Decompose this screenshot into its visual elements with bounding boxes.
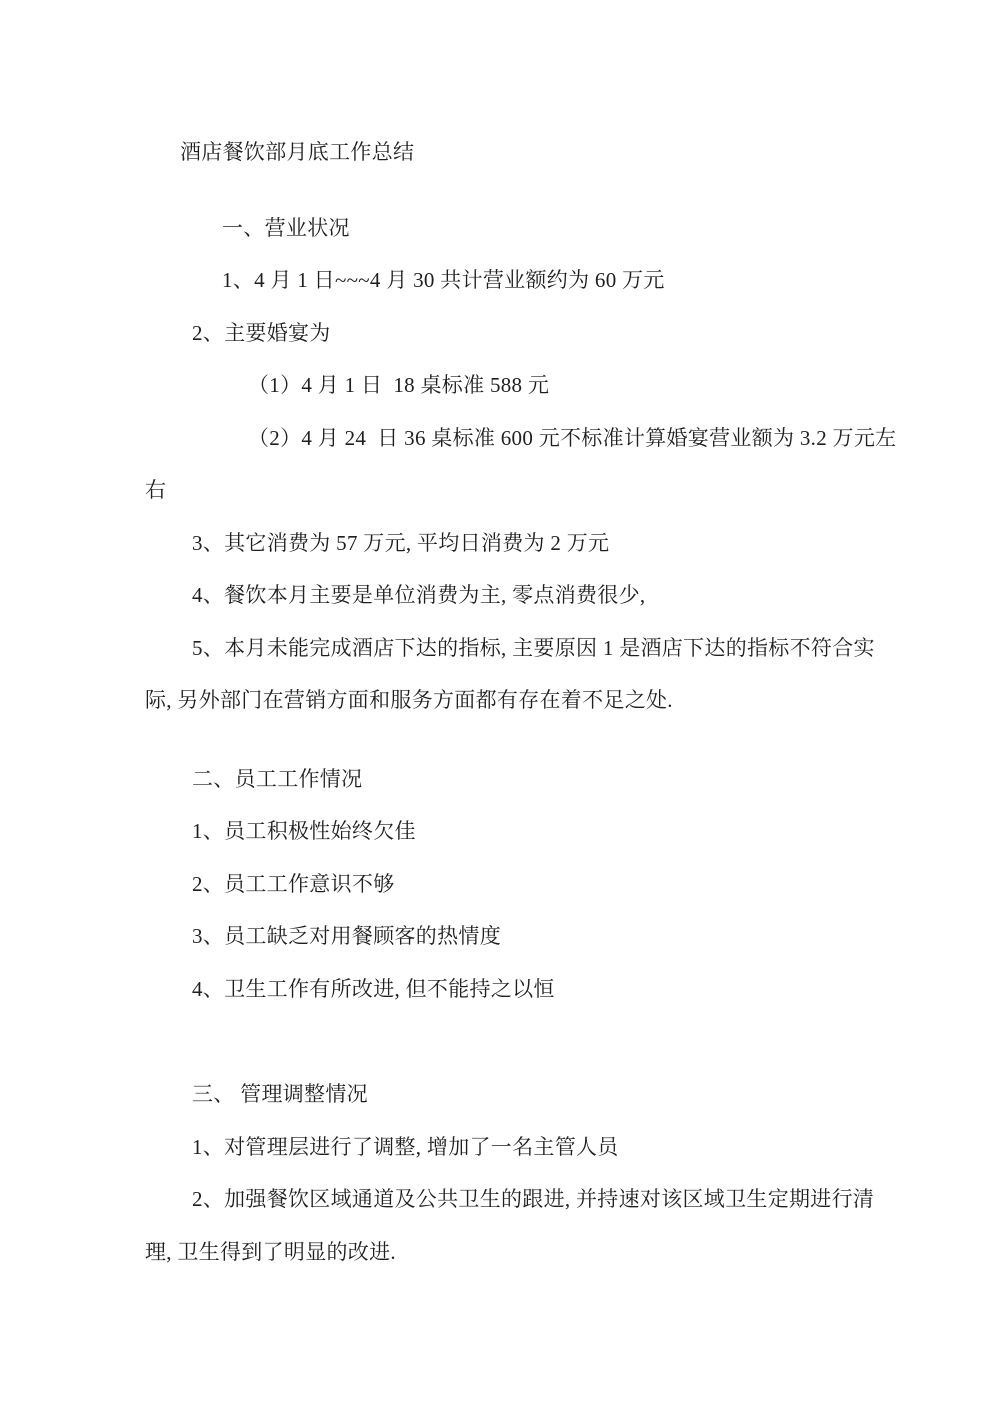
section-1-item-2-sub-2-line-1: （2）4 月 24 日 36 桌标准 600 元不标准计算婚宴营业额为 3.2 … bbox=[145, 412, 945, 465]
section-management-adjustment: 三、 管理调整情况 1、对管理层进行了调整, 增加了一名主管人员 2、加强餐饮区… bbox=[145, 1068, 945, 1278]
section-2-item-4: 4、卫生工作有所改进, 但不能持之以恒 bbox=[145, 963, 945, 1016]
document-title: 酒店餐饮部月底工作总结 bbox=[145, 126, 945, 179]
section-3-item-2-line-1: 2、加强餐饮区域通道及公共卫生的跟进, 并持速对该区域卫生定期进行清 bbox=[145, 1173, 945, 1226]
section-1-item-5-line-1: 5、本月未能完成酒店下达的指标, 主要原因 1 是酒店下达的指标不符合实 bbox=[145, 622, 945, 675]
section-2-heading: 二、员工工作情况 bbox=[145, 753, 945, 806]
section-2-item-1: 1、员工积极性始终欠佳 bbox=[145, 805, 945, 858]
section-1-item-1: 1、4 月 1 日~~~4 月 30 共计营业额约为 60 万元 bbox=[145, 254, 945, 307]
section-1-item-2-sub-2-line-2: 右 bbox=[145, 464, 945, 517]
section-staff-work: 二、员工工作情况 1、员工积极性始终欠佳 2、员工工作意识不够 3、员工缺乏对用… bbox=[145, 753, 945, 1016]
document-body: 酒店餐饮部月底工作总结 一、营业状况 1、4 月 1 日~~~4 月 30 共计… bbox=[0, 0, 1000, 1415]
section-1-heading: 一、营业状况 bbox=[145, 202, 945, 255]
section-3-heading: 三、 管理调整情况 bbox=[145, 1068, 945, 1121]
section-2-item-3: 3、员工缺乏对用餐顾客的热情度 bbox=[145, 910, 945, 963]
section-1-item-2-sub-1: （1）4 月 1 日 18 桌标准 588 元 bbox=[145, 359, 945, 412]
section-1-item-2: 2、主要婚宴为 bbox=[145, 307, 945, 360]
section-1-item-3: 3、其它消费为 57 万元, 平均日消费为 2 万元 bbox=[145, 517, 945, 570]
section-2-item-2: 2、员工工作意识不够 bbox=[145, 858, 945, 911]
section-3-item-1: 1、对管理层进行了调整, 增加了一名主管人员 bbox=[145, 1121, 945, 1174]
section-3-item-2-line-2: 理, 卫生得到了明显的改进. bbox=[145, 1226, 945, 1279]
section-1-item-4: 4、餐饮本月主要是单位消费为主, 零点消费很少, bbox=[145, 569, 945, 622]
section-business-status: 一、营业状况 1、4 月 1 日~~~4 月 30 共计营业额约为 60 万元 … bbox=[145, 202, 945, 727]
section-1-item-5-line-2: 际, 另外部门在营销方面和服务方面都有存在着不足之处. bbox=[145, 674, 945, 727]
document-page: 酒店餐饮部月底工作总结 一、营业状况 1、4 月 1 日~~~4 月 30 共计… bbox=[0, 0, 1000, 1415]
